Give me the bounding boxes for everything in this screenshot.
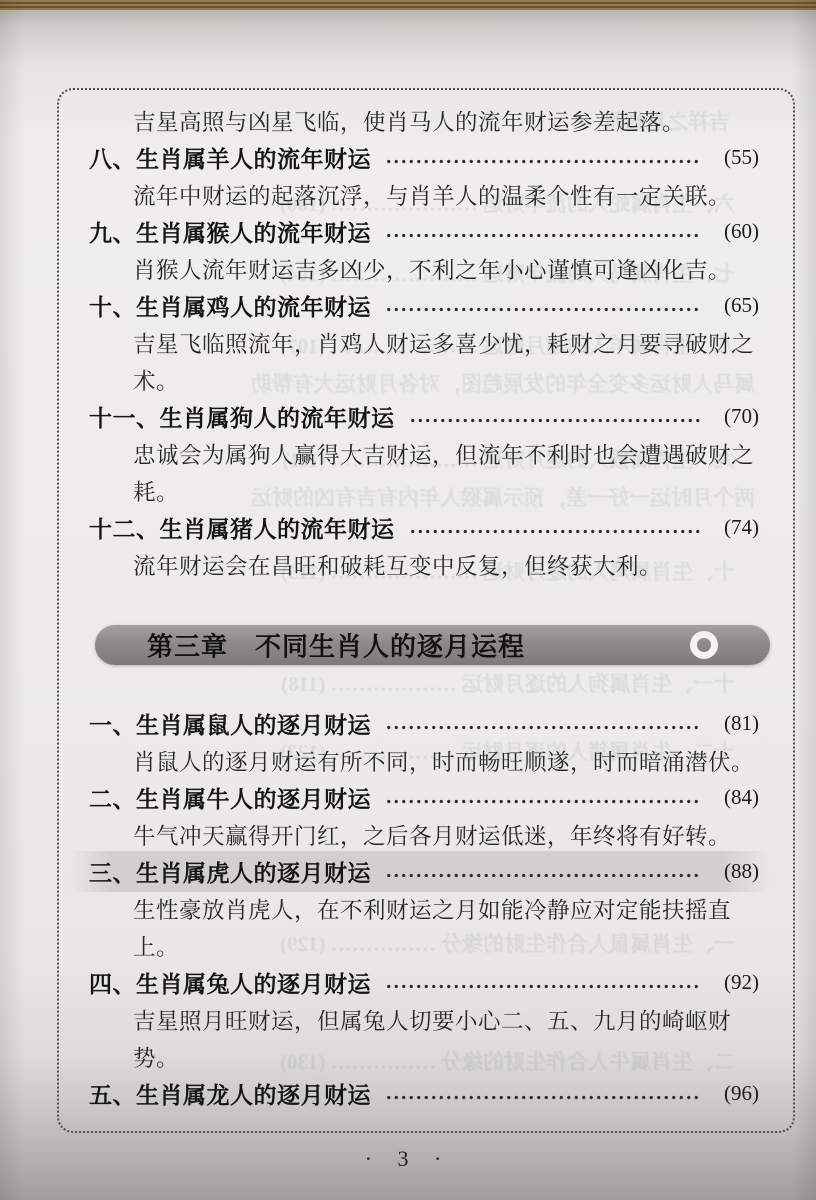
toc-entry-title: 二、生肖属牛人的逐月财运 [89,781,371,814]
toc-entry: 十二、生肖属猪人的流年财运 (74) [89,509,759,546]
toc-desc-line: 生性豪放肖虎人，在不利财运之月如能冷静应对定能扶摇直 [89,890,759,927]
toc-desc-line: 吉星高照与凶星飞临，使肖马人的流年财运参差起落。 [89,102,759,139]
toc-entry-title: 一、生肖属鼠人的逐月财运 [89,707,371,740]
toc-page-number: (84) [711,785,759,810]
toc-desc-line: 忠诚会为属狗人赢得大吉财运，但流年不利时也会遭遇破财之 [89,435,759,472]
toc-page-number: (88) [711,859,759,884]
toc-page-number: (92) [711,970,759,995]
toc-entry: 八、生肖属羊人的流年财运 (55) [89,139,759,176]
toc-entry: 九、生肖属猴人的流年财运 (60) [89,213,759,250]
scanned-book-page: 吉祥之星临照 六、生肖属蛇人的流年财运 ………………… (100) 七、生肖属马… [0,0,816,1200]
toc-desc-line: 吉星照月旺财运，但属兔人切要小心二、五、九月的崎岖财 [89,1001,759,1038]
toc-desc-line: 吉星飞临照流年，肖鸡人财运多喜少忧，耗财之月要寻破财之 [89,324,759,361]
toc-desc-line: 术。 [89,361,759,398]
toc-entry: 三、生肖属虎人的逐月财运 (88) [89,853,759,890]
dot-leader [385,1093,701,1102]
toc-page-number: (70) [711,404,759,429]
toc-entry-title: 四、生肖属兔人的逐月财运 [89,966,371,999]
dot-leader [385,231,701,240]
toc-desc-line: 势。 [89,1038,759,1075]
toc-entry-title: 十、生肖属鸡人的流年财运 [89,289,371,322]
dot-leader [385,723,701,732]
toc-page-number: (65) [711,293,759,318]
toc-desc-line: 肖鼠人的逐月财运有所不同，时而畅旺顺遂，时而暗涌潜伏。 [89,742,759,779]
dot-leader [385,157,701,166]
dot-leader [385,797,701,806]
toc-entry-title: 十二、生肖属猪人的流年财运 [89,511,395,544]
chapter-title: 第三章 不同生肖人的逐月运程 [147,627,525,664]
dot-leader [409,527,702,536]
toc-desc-line: 肖猴人流年财运吉多凶少，不利之年小心谨慎可逢凶化吉。 [89,250,759,287]
toc-entry-title: 三、生肖属虎人的逐月财运 [89,855,371,888]
toc-dotted-frame: 吉星高照与凶星飞临，使肖马人的流年财运参差起落。 八、生肖属羊人的流年财运 (5… [57,88,795,1133]
dot-leader [385,305,701,314]
toc-entry: 五、生肖属龙人的逐月财运 (96) [89,1075,759,1112]
toc-entry: 四、生肖属兔人的逐月财运 (92) [89,964,759,1001]
toc-page-number: (74) [711,515,759,540]
toc-entry-title: 十一、生肖属狗人的流年财运 [89,400,395,433]
page-number: · 3 · [0,1146,816,1172]
toc-entry-title: 八、生肖属羊人的流年财运 [89,141,371,174]
toc-desc-line: 耗。 [89,472,759,509]
toc-entry-title: 五、生肖属龙人的逐月财运 [89,1077,371,1110]
toc-entry: 一、生肖属鼠人的逐月财运 (81) [89,705,759,742]
toc-entry: 十、生肖属鸡人的流年财运 (65) [89,287,759,324]
dot-leader [385,982,701,991]
toc-desc-line: 流年中财运的起落沉浮，与肖羊人的温柔个性有一定关联。 [89,176,759,213]
toc-entry: 二、生肖属牛人的逐月财运 (84) [89,779,759,816]
toc-desc-line: 流年财运会在昌旺和破耗互变中反复，但终获大利。 [89,546,759,583]
dot-leader [409,416,702,425]
dot-leader [385,871,701,880]
toc-desc-line: 牛气冲天赢得开门红，之后各月财运低迷，年终将有好转。 [89,816,759,853]
toc-page-number: (55) [711,145,759,170]
toc-page-number: (81) [711,711,759,736]
chapter-heading-bar: 第三章 不同生肖人的逐月运程 [95,625,770,665]
toc-page-number: (60) [711,219,759,244]
book-edge-strip [0,0,816,10]
ring-ornament-icon [690,631,718,659]
toc-page-number: (96) [711,1081,759,1106]
toc-entry: 十一、生肖属狗人的流年财运 (70) [89,398,759,435]
toc-entry-title: 九、生肖属猴人的流年财运 [89,215,371,248]
toc-desc-line: 上。 [89,927,759,964]
